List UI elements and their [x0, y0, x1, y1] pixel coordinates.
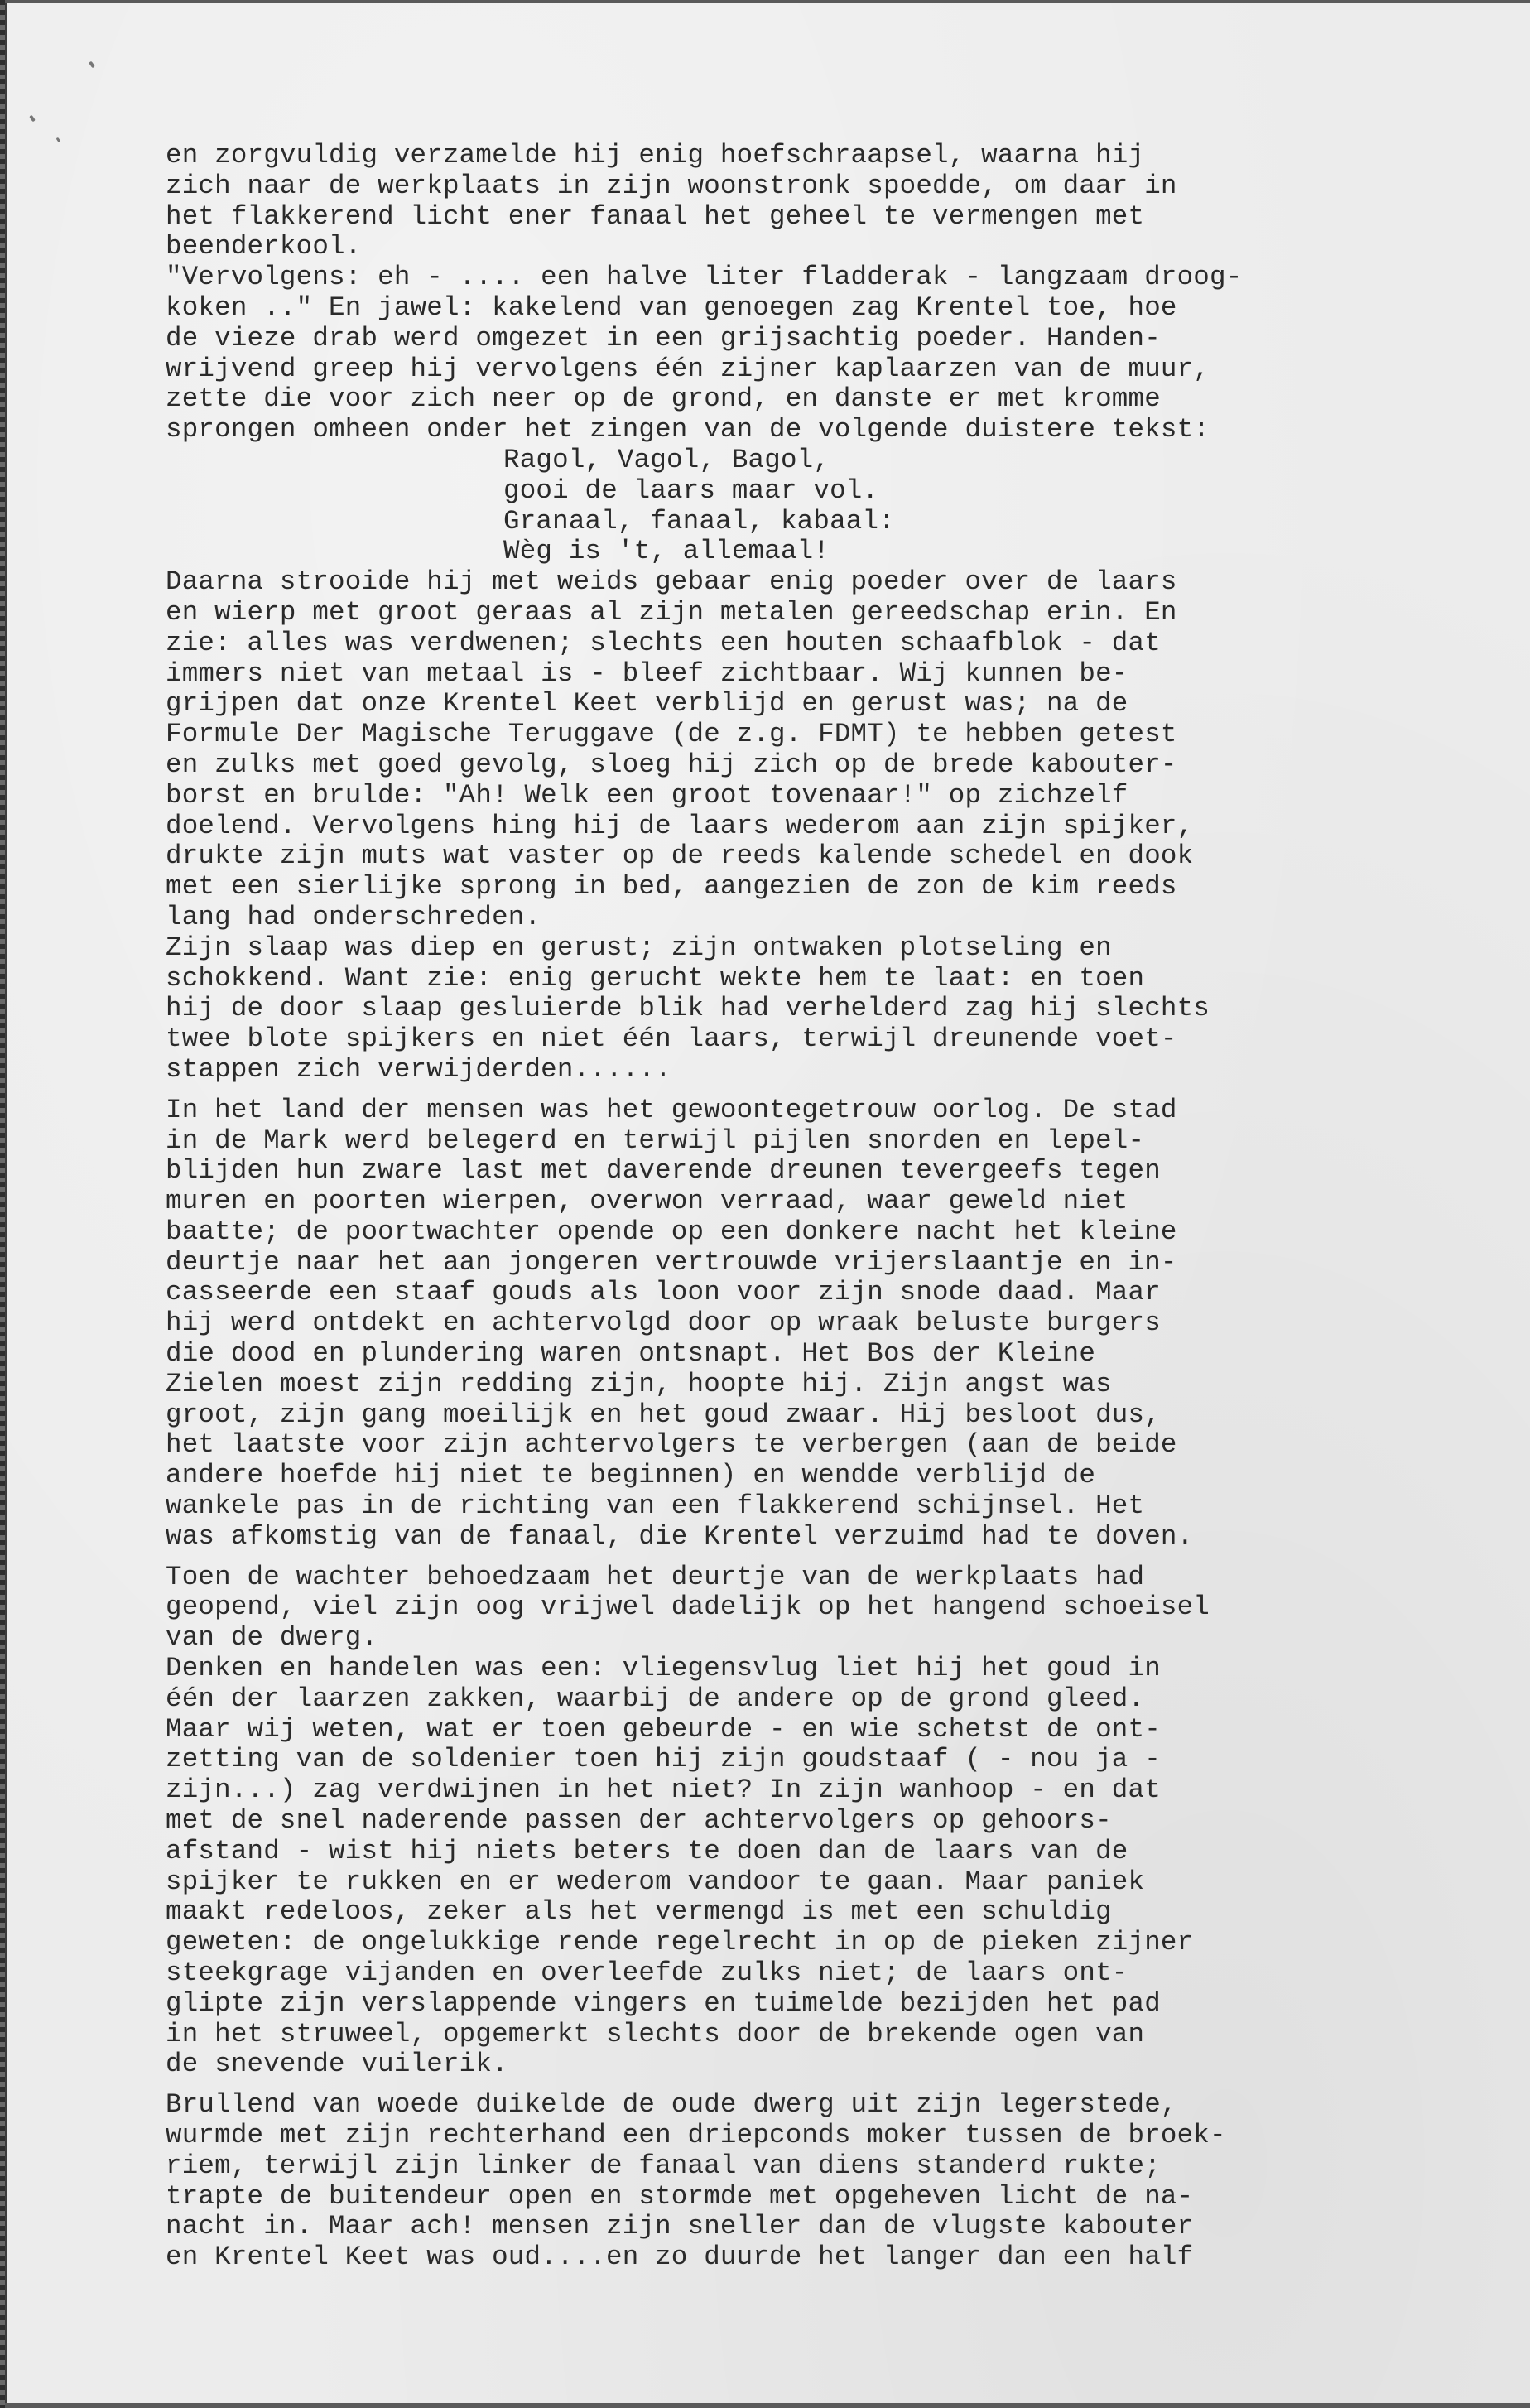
text-line: Daarna strooide hij met weids gebaar eni…: [166, 567, 1424, 598]
text-line: zich naar de werkplaats in zijn woonstro…: [166, 171, 1424, 202]
text-line: Maar wij weten, wat er toen gebeurde - e…: [166, 1715, 1424, 1746]
text-line: In het land der mensen was het gewoonteg…: [166, 1096, 1424, 1126]
text-line: immers niet van metaal is - bleef zichtb…: [166, 659, 1424, 690]
text-line: afstand - wist hij niets beters te doen …: [166, 1837, 1424, 1867]
text-line: zette die voor zich neer op de grond, en…: [166, 384, 1424, 415]
paper-speck: [89, 61, 95, 69]
text-line: Formule Der Magische Teruggave (de z.g. …: [166, 720, 1424, 750]
text-line: blijden hun zware last met daverende dre…: [166, 1156, 1424, 1187]
paragraph: Toen de wachter behoedzaam het deurtje v…: [166, 1563, 1424, 1654]
text-line: riem, terwijl zijn linker de fanaal van …: [166, 2151, 1424, 2182]
text-line: in de Mark werd belegerd en terwijl pijl…: [166, 1126, 1424, 1157]
poem-verse: Ragol, Vagol, Bagol,gooi de laars maar v…: [166, 445, 1424, 567]
document-body: en zorgvuldig verzamelde hij enig hoefsc…: [166, 141, 1424, 2273]
text-line: met de snel naderende passen der achterv…: [166, 1806, 1424, 1837]
text-line: spijker te rukken en er wederom vandoor …: [166, 1867, 1424, 1898]
text-line: glipte zijn verslappende vingers en tuim…: [166, 1989, 1424, 2020]
text-line: geopend, viel zijn oog vrijwel dadelijk …: [166, 1592, 1424, 1623]
text-line: met een sierlijke sprong in bed, aangezi…: [166, 872, 1424, 903]
paper-speck: [29, 115, 36, 123]
paragraph-gap: [166, 1086, 1424, 1096]
text-line: geweten: de ongelukkige rende regelrecht…: [166, 1928, 1424, 1958]
text-line: doelend. Vervolgens hing hij de laars we…: [166, 811, 1424, 842]
text-line: wrijvend greep hij vervolgens één zijner…: [166, 354, 1424, 385]
paragraph: Brullend van woede duikelde de oude dwer…: [166, 2090, 1424, 2273]
text-line: trapte de buitendeur open en stormde met…: [166, 2182, 1424, 2213]
text-line: was afkomstig van de fanaal, die Krentel…: [166, 1522, 1424, 1553]
text-line: zie: alles was verdwenen; slechts een ho…: [166, 628, 1424, 659]
text-line: Ragol, Vagol, Bagol,: [503, 445, 1424, 476]
text-line: maakt redeloos, zeker als het vermengd i…: [166, 1897, 1424, 1928]
text-line: "Vervolgens: eh - .... een halve liter f…: [166, 262, 1424, 293]
text-line: van de dwerg.: [166, 1623, 1424, 1654]
text-line: zetting van de soldenier toen hij zijn g…: [166, 1745, 1424, 1775]
paragraph: Daarna strooide hij met weids gebaar eni…: [166, 567, 1424, 933]
text-line: gooi de laars maar vol.: [503, 476, 1424, 507]
text-line: het flakkerend licht ener fanaal het geh…: [166, 202, 1424, 233]
text-line: stappen zich verwijderden......: [166, 1055, 1424, 1086]
text-line: schokkend. Want zie: enig gerucht wekte …: [166, 964, 1424, 995]
text-line: wurmde met zijn rechterhand een driepcon…: [166, 2121, 1424, 2151]
text-line: in het struweel, opgemerkt slechts door …: [166, 2020, 1424, 2050]
text-line: beenderkool.: [166, 232, 1424, 262]
text-line: Toen de wachter behoedzaam het deurtje v…: [166, 1563, 1424, 1593]
paragraph-gap: [166, 1553, 1424, 1563]
paper-speck: [56, 137, 61, 143]
text-line: casseerde een staaf gouds als loon voor …: [166, 1278, 1424, 1308]
text-line: lang had onderschreden.: [166, 903, 1424, 933]
paragraph: In het land der mensen was het gewoonteg…: [166, 1096, 1424, 1553]
text-line: steekgrage vijanden en overleefde zulks …: [166, 1958, 1424, 1989]
text-line: Zielen moest zijn redding zijn, hoopte h…: [166, 1370, 1424, 1400]
paragraph: "Vervolgens: eh - .... een halve liter f…: [166, 262, 1424, 445]
text-line: hij de door slaap gesluierde blik had ve…: [166, 994, 1424, 1024]
text-line: borst en brulde: "Ah! Welk een groot tov…: [166, 781, 1424, 811]
text-line: en wierp met groot geraas al zijn metale…: [166, 598, 1424, 628]
text-line: wankele pas in de richting van een flakk…: [166, 1491, 1424, 1522]
text-line: Granaal, fanaal, kabaal:: [503, 507, 1424, 537]
text-line: Wèg is 't, allemaal!: [503, 537, 1424, 567]
text-line: andere hoefde hij niet te beginnen) en w…: [166, 1461, 1424, 1491]
text-line: Denken en handelen was een: vliegensvlug…: [166, 1654, 1424, 1684]
text-line: deurtje naar het aan jongeren vertrouwde…: [166, 1248, 1424, 1279]
text-line: grijpen dat onze Krentel Keet verblijd e…: [166, 689, 1424, 720]
text-line: en Krentel Keet was oud....en zo duurde …: [166, 2242, 1424, 2273]
text-line: groot, zijn gang moeilijk en het goud zw…: [166, 1400, 1424, 1431]
text-line: drukte zijn muts wat vaster op de reeds …: [166, 841, 1424, 872]
text-line: de vieze drab werd omgezet in een grijsa…: [166, 324, 1424, 354]
text-line: de snevende vuilerik.: [166, 2049, 1424, 2080]
paragraph: Denken en handelen was een: vliegensvlug…: [166, 1654, 1424, 2080]
text-line: het laatste voor zijn achtervolgers te v…: [166, 1430, 1424, 1461]
text-line: Brullend van woede duikelde de oude dwer…: [166, 2090, 1424, 2121]
text-line: één der laarzen zakken, waarbij de ander…: [166, 1684, 1424, 1715]
paragraph: Zijn slaap was diep en gerust; zijn ontw…: [166, 933, 1424, 1086]
text-line: koken .." En jawel: kakelend van genoege…: [166, 293, 1424, 324]
text-line: en zulks met goed gevolg, sloeg hij zich…: [166, 750, 1424, 781]
text-line: en zorgvuldig verzamelde hij enig hoefsc…: [166, 141, 1424, 171]
text-line: zijn...) zag verdwijnen in het niet? In …: [166, 1775, 1424, 1806]
text-line: muren en poorten wierpen, overwon verraa…: [166, 1187, 1424, 1217]
text-line: nacht in. Maar ach! mensen zijn sneller …: [166, 2212, 1424, 2242]
text-line: sprongen omheen onder het zingen van de …: [166, 415, 1424, 445]
text-line: hij werd ontdekt en achtervolgd door op …: [166, 1308, 1424, 1339]
text-line: baatte; de poortwachter opende op een do…: [166, 1217, 1424, 1248]
text-line: twee blote spijkers en niet één laars, t…: [166, 1024, 1424, 1055]
paragraph: en zorgvuldig verzamelde hij enig hoefsc…: [166, 141, 1424, 262]
text-line: die dood en plundering waren ontsnapt. H…: [166, 1339, 1424, 1370]
text-line: Zijn slaap was diep en gerust; zijn ontw…: [166, 933, 1424, 964]
